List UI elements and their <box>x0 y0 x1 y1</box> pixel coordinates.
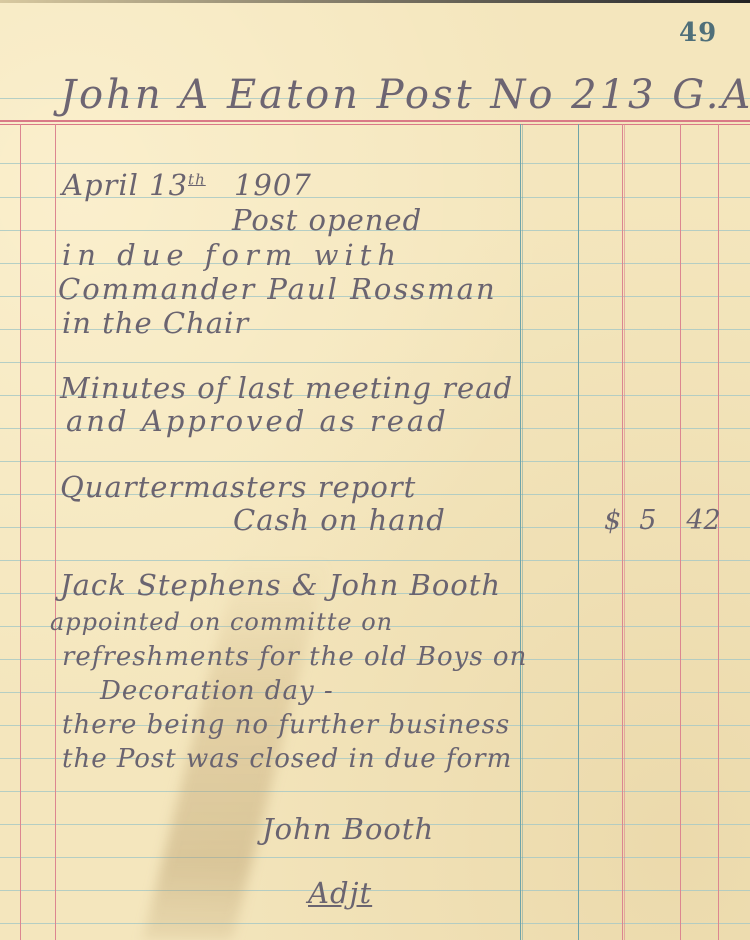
ruled-line <box>0 362 750 363</box>
ruled-line <box>0 461 750 462</box>
minutes-line: in the Chair <box>62 306 249 340</box>
ruled-line <box>0 791 750 792</box>
ruled-line <box>0 857 750 858</box>
minutes-line: Post opened <box>232 203 422 237</box>
column-rule <box>578 124 579 940</box>
margin-rule <box>55 124 56 940</box>
margin-rule <box>20 124 21 940</box>
date-year: 1907 <box>234 168 312 202</box>
header-red-rule <box>0 120 750 122</box>
minutes-line: Jack Stephens & John Booth <box>60 568 501 602</box>
minutes-line: Commander Paul Rossman <box>58 272 497 306</box>
ledger-header: John A Eaton Post No 213 G.A.R <box>60 72 750 118</box>
minutes-line: Decoration day - <box>100 676 334 706</box>
date-suffix: th <box>188 170 206 188</box>
entry-date: April 13th 1907 <box>62 168 312 202</box>
minutes-line: Cash on hand <box>233 503 446 537</box>
ruled-line <box>0 923 750 924</box>
ruled-line <box>0 890 750 891</box>
signature-title: Adjt <box>308 876 372 910</box>
minutes-line: and Approved as read <box>66 404 449 438</box>
ruled-line <box>0 560 750 561</box>
ruled-line <box>0 163 750 164</box>
minutes-line: in due form with <box>62 238 402 272</box>
minutes-line: there being no further business <box>62 710 510 740</box>
column-rule <box>522 124 523 940</box>
ledger-page: 49 John A Eaton Post No 213 G.A.R April … <box>0 0 750 940</box>
date-month-day: April 13 <box>62 168 188 202</box>
minutes-line: Minutes of last meeting read <box>60 371 513 405</box>
minutes-line: appointed on committe on <box>50 608 393 636</box>
minutes-line: refreshments for the old Boys on <box>62 642 527 672</box>
cash-amount: $542 <box>604 505 721 536</box>
column-rule <box>520 124 521 940</box>
page-number: 49 <box>679 18 717 48</box>
cash-dollars: 5 <box>639 505 656 536</box>
minutes-line: the Post was closed in due form <box>62 744 512 774</box>
currency-symbol: $ <box>604 505 621 536</box>
cash-cents: 42 <box>686 505 720 536</box>
page-top-edge <box>0 0 750 3</box>
header-red-rule <box>0 124 750 125</box>
minutes-line: Quartermasters report <box>60 470 416 504</box>
signature-name: John Booth <box>262 812 434 846</box>
